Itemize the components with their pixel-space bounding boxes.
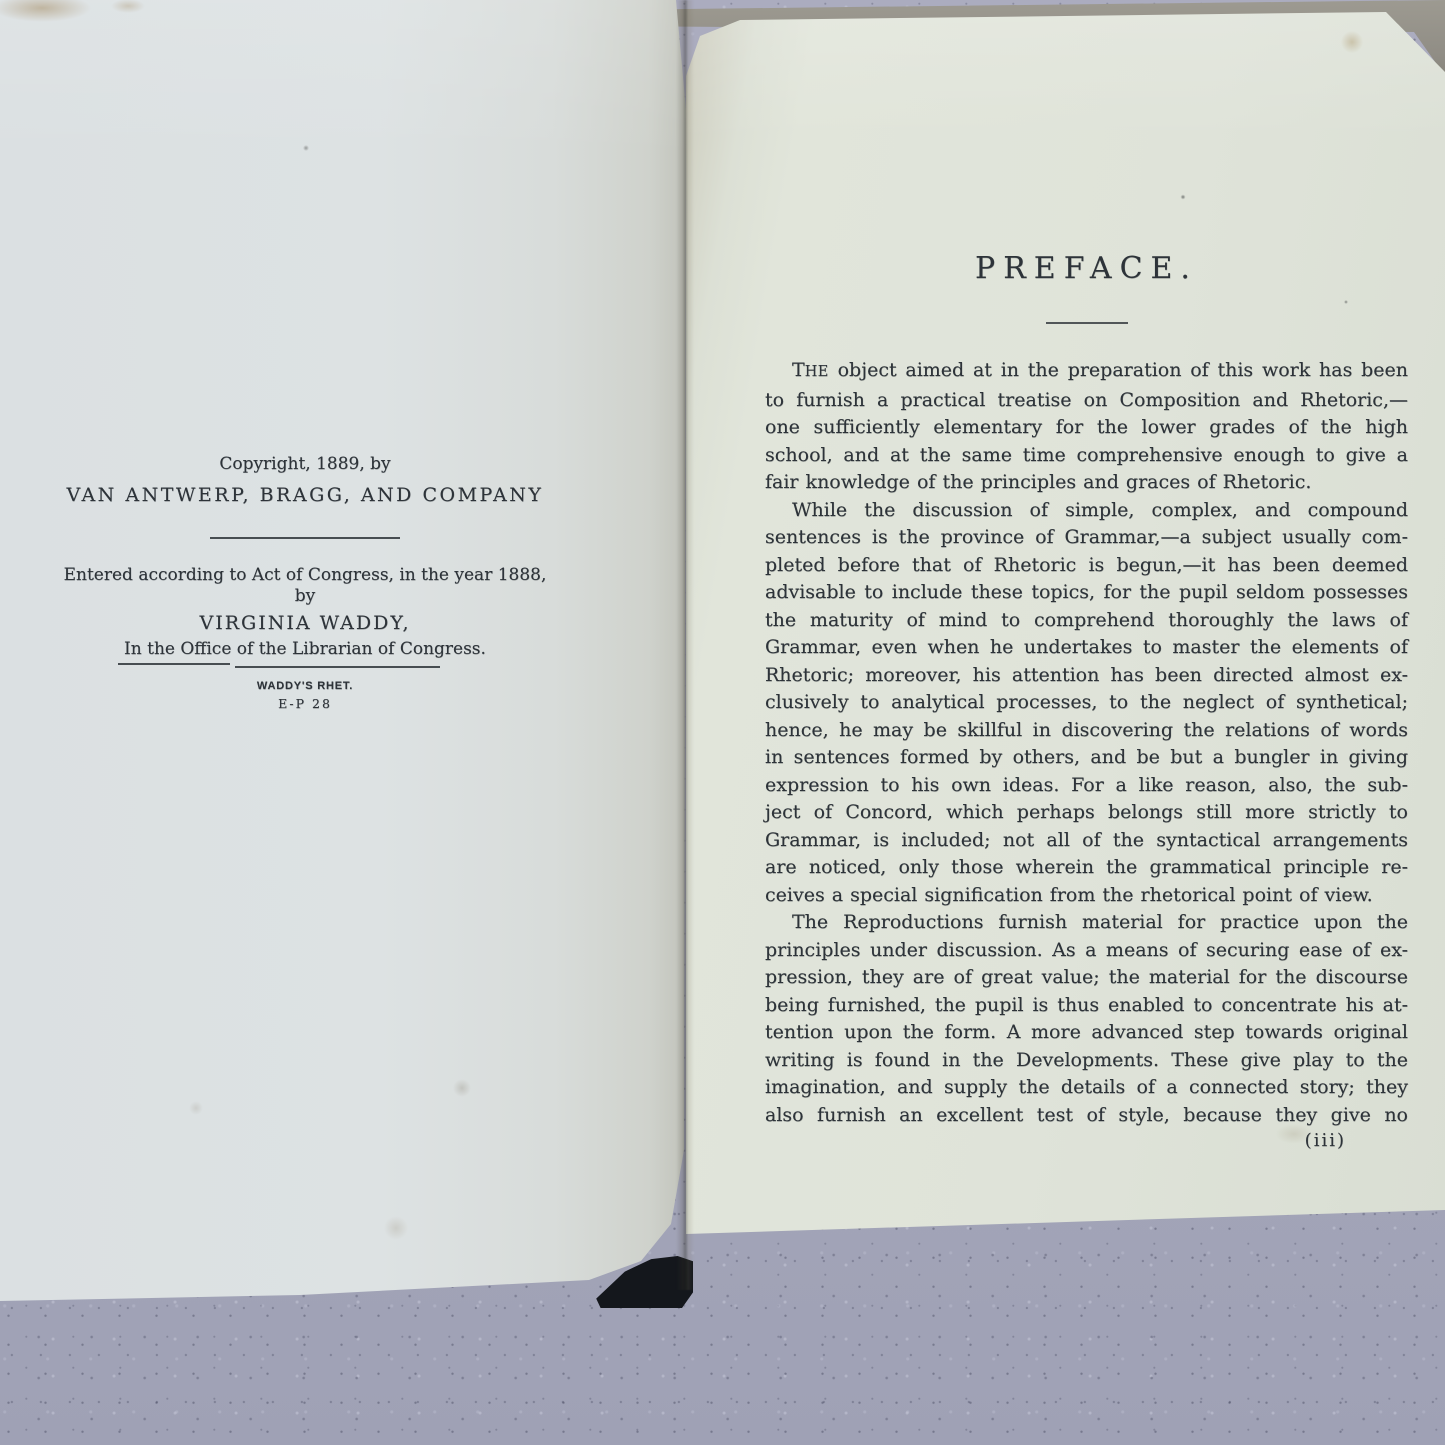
preface-line: The object aimed at in the preparation o… (765, 357, 1408, 387)
preface-line: are noticed, only those wherein the gram… (765, 854, 1408, 882)
preface-line: The Reproductions furnish material for p… (765, 909, 1408, 937)
preface-line: hence, he may be skillful in discovering… (765, 717, 1408, 745)
preface-line: in sentences formed by others, and be bu… (765, 744, 1408, 772)
page-title: PREFACE. (765, 252, 1408, 286)
left-page: Copyright, 1889, byVAN ANTWERP, BRAGG, A… (0, 0, 690, 1310)
page-number: (iii) (765, 1130, 1408, 1151)
preface-line: fair knowledge of the principles and gra… (765, 469, 1408, 497)
left-page-line-code: E-P 28 (55, 696, 555, 711)
preface-line: ceives a special signification from the … (765, 882, 1408, 910)
preface-line: imagination, and supply the details of a… (765, 1074, 1408, 1102)
preface-line: being furnished, the pupil is thus enabl… (765, 992, 1408, 1020)
preface-line: to furnish a practical treatise on Compo… (765, 387, 1408, 415)
right-page: PREFACE. The object aimed at in the prep… (686, 12, 1445, 1254)
divider (210, 537, 400, 539)
divider-segment (118, 663, 230, 665)
preface-line: principles under discussion. As a means … (765, 937, 1408, 965)
preface-line: tention upon the form. A more advanced s… (765, 1019, 1408, 1047)
preface-line: ject of Concord, which perhaps belongs s… (765, 799, 1408, 827)
preface-content: PREFACE. The object aimed at in the prep… (765, 252, 1408, 1151)
copyright-block: Copyright, 1889, byVAN ANTWERP, BRAGG, A… (55, 454, 555, 711)
preface-line: Grammar, is included; not all of the syn… (765, 827, 1408, 855)
preface-line: sentences is the province of Grammar,—a … (765, 524, 1408, 552)
left-page-line-publisher: VAN ANTWERP, BRAGG, AND COMPANY (55, 484, 555, 507)
preface-line: Rhetoric; moreover, his attention has be… (765, 662, 1408, 690)
preface-line: writing is found in the Developments. Th… (765, 1047, 1408, 1075)
left-page-line-entered: Entered according to Act of Congress, in… (55, 565, 555, 607)
small-caps-lead: he (805, 364, 829, 380)
left-page-line-series: WADDY'S RHET. (55, 680, 555, 693)
left-page-line-office: In the Office of the Librarian of Congre… (55, 639, 555, 660)
preface-line: the maturity of mind to comprehend thoro… (765, 607, 1408, 635)
preface-line: While the discussion of simple, complex,… (765, 497, 1408, 525)
preface-line: pleted before that of Rhetoric is begun,… (765, 552, 1408, 580)
preface-line: school, and at the same time comprehensi… (765, 442, 1408, 470)
title-divider (1046, 322, 1128, 324)
left-page-line-copyright: Copyright, 1889, by (55, 454, 555, 475)
divider-double (115, 663, 455, 671)
preface-line: pression, they are of great value; the m… (765, 964, 1408, 992)
preface-line: clusively to analytical processes, to th… (765, 689, 1408, 717)
divider-segment (235, 666, 440, 668)
photo-of-open-book: PREFACE. The object aimed at in the prep… (0, 0, 1445, 1445)
preface-line: advisable to include these topics, for t… (765, 579, 1408, 607)
preface-line: also furnish an excellent test of style,… (765, 1102, 1408, 1130)
preface-line: Grammar, even when he undertakes to mast… (765, 634, 1408, 662)
preface-line: one sufficiently elementary for the lowe… (765, 414, 1408, 442)
left-page-line-name: VIRGINIA WADDY, (55, 612, 555, 635)
preface-line: expression to his own ideas. For a like … (765, 772, 1408, 800)
preface-body: The object aimed at in the preparation o… (765, 357, 1408, 1129)
